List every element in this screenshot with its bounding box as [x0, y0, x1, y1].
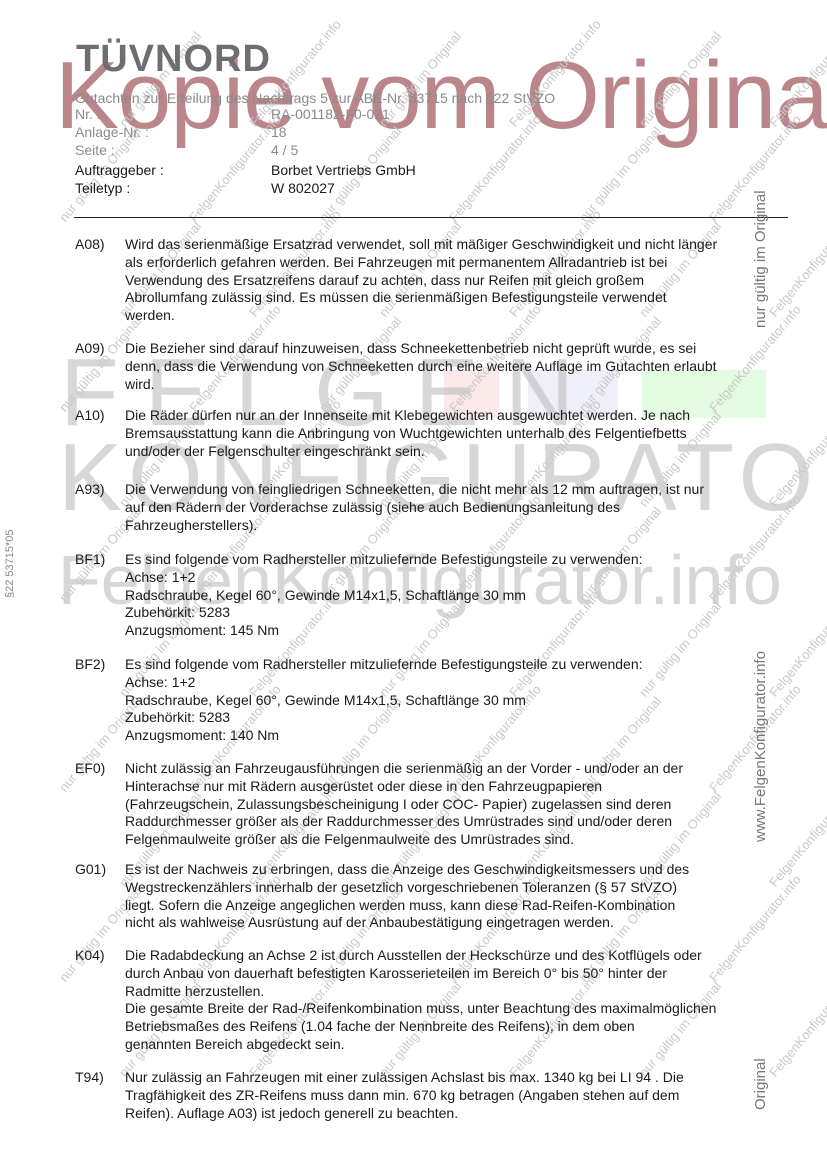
- header-divider: [74, 217, 788, 218]
- tuv-nord-logo: TÜVNORD: [76, 40, 271, 78]
- document-page: Kopie vom Original FELGEN KONFIGURATOR F…: [0, 0, 827, 1169]
- condition-item-t94: T94) Nur zulässig an Fahrzeugen mit eine…: [75, 1069, 790, 1122]
- diagonal-watermark-text: FelgenKonfigurator.info: [186, 112, 284, 225]
- diagonal-watermark-text: FelgenKonfigurator.info: [506, 17, 604, 130]
- condition-item-k04: K04) Die Radabdeckung an Achse 2 ist dur…: [75, 947, 790, 1054]
- condition-item-a93: A93) Die Verwendung von feingliedrigen S…: [75, 481, 790, 534]
- condition-item-g01: G01) Es ist der Nachweis zu erbringen, d…: [75, 861, 790, 932]
- diagonal-watermark-text: FelgenKonfigurator.info: [446, 112, 544, 225]
- diagonal-watermark-text: nur gültig im Original: [636, 29, 724, 130]
- side-watermark-url: www.FelgenKonfigurator.info: [752, 651, 769, 842]
- condition-item-a10: A10) Die Räder dürfen nur an der Innense…: [75, 407, 790, 460]
- condition-item-a08: A08) Wird das serienmäßige Ersatzrad ver…: [75, 236, 790, 325]
- condition-item-a09: A09) Die Bezieher sind darauf hinzuweise…: [75, 340, 790, 393]
- condition-item-bf2: BF2) Es sind folgende vom Radhersteller …: [75, 656, 790, 745]
- diagonal-watermark-text: FelgenKonfigurator.info: [766, 17, 827, 130]
- side-watermark-nur-gueltig: nur gültig im Original: [752, 190, 769, 328]
- condition-item-ef0: EF0) Nicht zulässig an Fahrzeugausführun…: [75, 760, 790, 849]
- condition-item-bf1: BF1) Es sind folgende vom Radhersteller …: [75, 551, 790, 640]
- side-reference-text: §22 53715*05: [4, 529, 16, 598]
- side-watermark-original: Original: [752, 1058, 769, 1110]
